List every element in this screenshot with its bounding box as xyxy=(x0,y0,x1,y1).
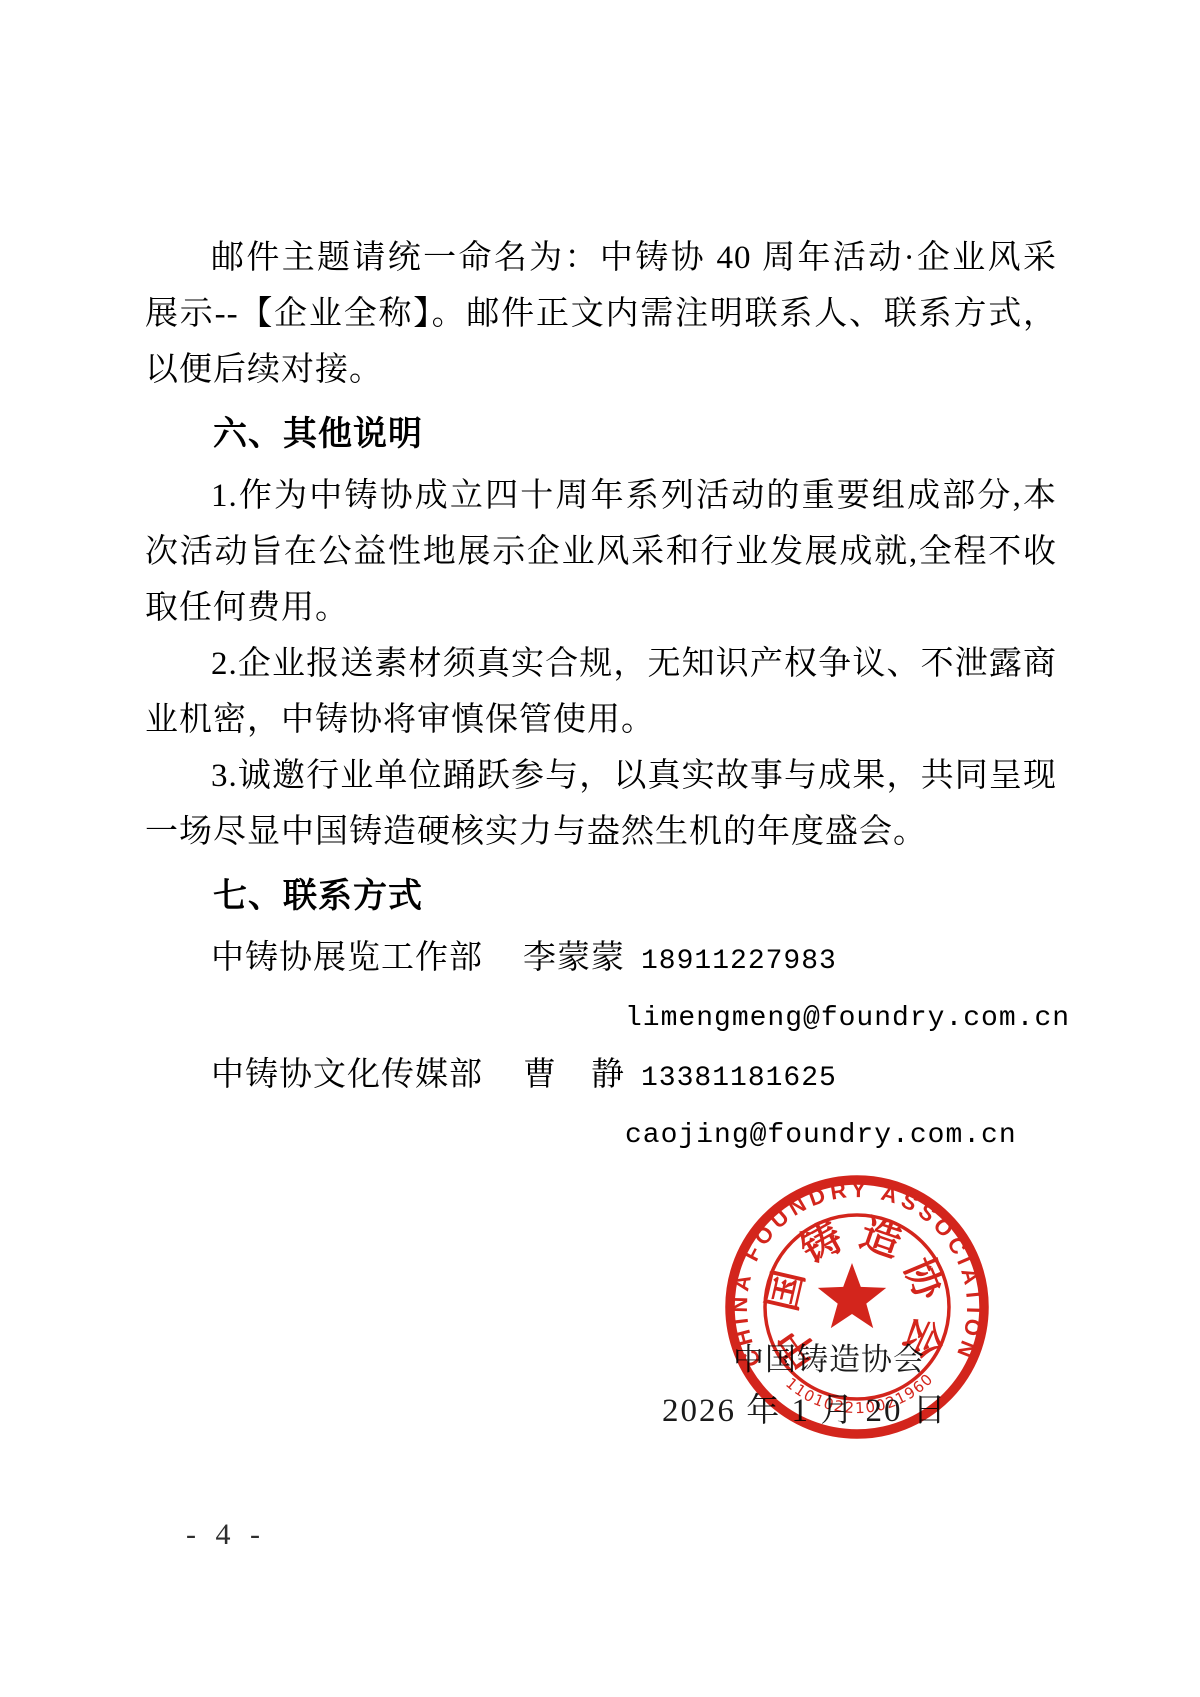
document-body: 邮件主题请统一命名为：中铸协 40 周年活动·企业风采展示--【企业全称】。邮件… xyxy=(145,230,1057,1164)
contact-phone: 18911227983 xyxy=(641,933,837,990)
contact-row-exhibition: 中铸协展览工作部 李蒙蒙 18911227983 xyxy=(211,930,1057,990)
contact-email: limengmeng@foundry.com.cn xyxy=(625,990,1057,1047)
star-icon xyxy=(818,1263,886,1328)
svg-text:国: 国 xyxy=(759,1266,812,1315)
svg-text:造: 造 xyxy=(855,1210,907,1266)
svg-text:会: 会 xyxy=(894,1310,952,1365)
contact-dept: 中铸协展览工作部 xyxy=(211,930,483,987)
svg-text:铸: 铸 xyxy=(793,1214,850,1273)
svg-text:协: 协 xyxy=(896,1251,954,1307)
page-number: - 4 - xyxy=(186,1518,266,1552)
document-page: 邮件主题请统一命名为：中铸协 40 周年活动·企业风采展示--【企业全称】。邮件… xyxy=(0,0,1200,1697)
contact-dept: 中铸协文化传媒部 xyxy=(211,1047,483,1104)
contact-row-media: 中铸协文化传媒部 曹 静 13381181625 xyxy=(211,1047,1057,1107)
paragraph-email-subject: 邮件主题请统一命名为：中铸协 40 周年活动·企业风采展示--【企业全称】。邮件… xyxy=(145,230,1057,398)
contact-person: 曹 静 xyxy=(523,1047,625,1104)
section-6-item-3: 3.诚邀行业单位踊跃参与，以真实故事与成果，共同呈现一场尽显中国铸造硬核实力与盎… xyxy=(145,748,1057,860)
seal-serial-number: 110102210021960 xyxy=(782,1370,937,1418)
section-6-heading: 六、其他说明 xyxy=(145,412,1057,456)
svg-text:中: 中 xyxy=(767,1320,827,1379)
section-7-heading: 七、联系方式 xyxy=(145,874,1057,918)
contact-person: 李蒙蒙 xyxy=(523,930,625,987)
section-6-item-2: 2.企业报送素材须真实合规，无知识产权争议、不泄露商业机密，中铸协将审慎保管使用… xyxy=(145,636,1057,748)
contact-phone: 13381181625 xyxy=(641,1050,837,1107)
contact-email: caojing@foundry.com.cn xyxy=(625,1107,1057,1164)
section-6-item-1: 1.作为中铸协成立四十周年系列活动的重要组成部分,本次活动旨在公益性地展示企业风… xyxy=(145,468,1057,636)
official-seal: CHINA FOUNDRY ASSOCIATION 11010221002196… xyxy=(721,1171,993,1443)
